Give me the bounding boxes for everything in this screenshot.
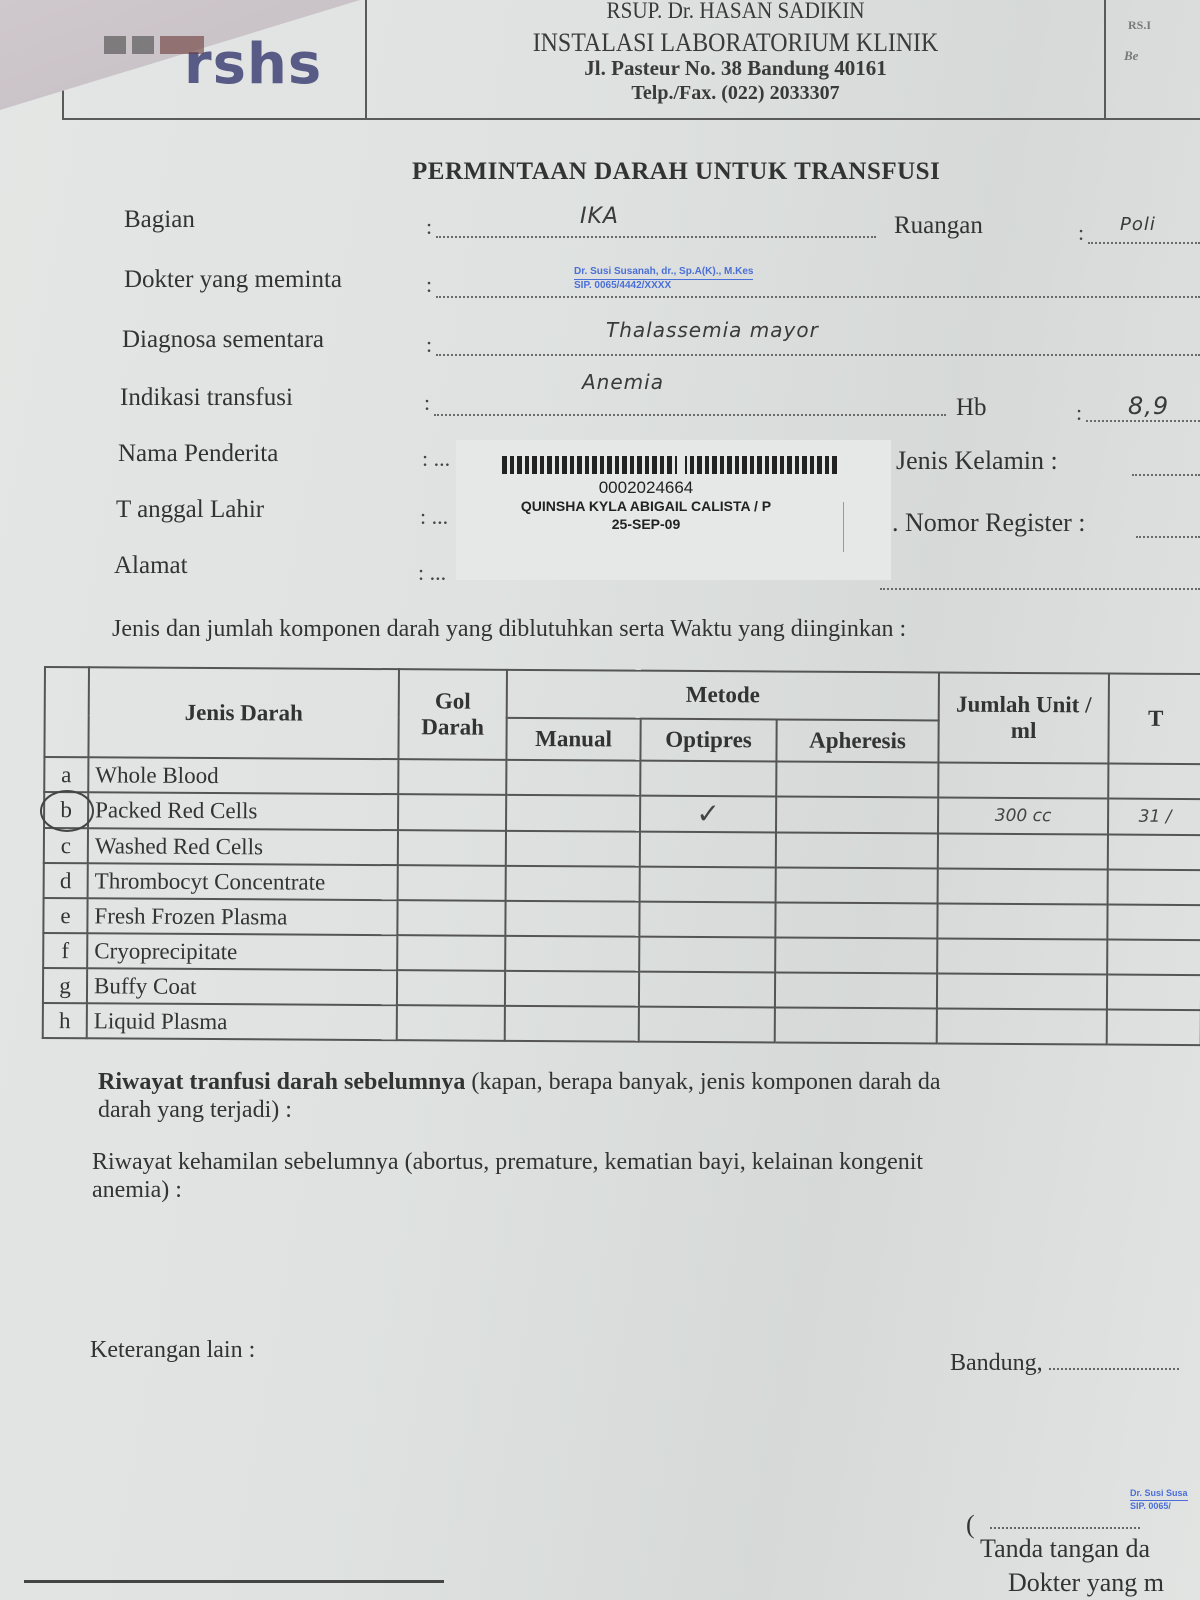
header-jenis-darah: Jenis Darah [88,667,399,759]
ruangan-field[interactable] [1088,242,1200,244]
row-apheresis-cell[interactable] [776,832,938,868]
header-letter [44,667,89,757]
bagian-colon: : [426,214,432,240]
row-manual-cell[interactable] [505,971,639,1007]
row-gol-darah-cell[interactable] [398,759,506,795]
row-optipres-cell[interactable]: ✓ [640,796,776,833]
row-apheresis-cell[interactable] [775,1007,937,1043]
row-gol-darah-cell[interactable] [397,970,505,1006]
bagian-value: IKA [580,204,619,229]
barcode-icon [502,456,838,474]
jenis-kelamin-field[interactable] [1132,474,1200,476]
row-letter: g [43,968,87,1003]
patient-label-sticker: 0002024664 QUINSHA KYLA ABIGAIL CALISTA … [456,440,891,580]
row-component-name: Liquid Plasma [87,1003,397,1040]
row-component-name: Washed Red Cells [88,828,398,865]
row-manual-cell[interactable] [506,831,640,867]
nama-label: Nama Penderita [118,440,278,468]
ruangan-value: Poli [1120,214,1156,235]
row-optipres-cell[interactable] [639,902,775,938]
form-code: RS.I [1128,18,1151,33]
header-metode: Metode [507,670,939,721]
row-apheresis-cell[interactable] [776,761,938,797]
row-component-name: Thrombocyt Concentrate [88,863,398,900]
logo-mark-icon [104,36,204,54]
row-apheresis-cell[interactable] [776,867,938,903]
ruangan-label: Ruangan [894,212,983,240]
row-jumlah-cell[interactable] [937,903,1107,939]
row-optipres-cell[interactable] [639,937,775,973]
header-manual: Manual [506,718,640,761]
nama-colon: : ... [422,446,450,472]
alamat-label: Alamat [114,552,188,580]
signature-place: Bandung, [950,1350,1179,1377]
section-intro: Jenis dan jumlah komponen darah yang dib… [112,616,906,643]
signature-label: Tanda tangan da [980,1534,1150,1564]
bagian-field[interactable] [436,236,876,238]
row-component-name: Whole Blood [88,757,398,794]
row-gol-darah-cell[interactable] [397,935,505,971]
alamat-colon: : ... [418,560,446,586]
row-gol-darah-cell[interactable] [397,900,505,936]
header-jumlah: Jumlah Unit / ml [938,672,1109,763]
header-t: T [1108,674,1200,765]
hb-value: 8,9 [1128,392,1169,420]
row-gol-darah-cell[interactable] [398,830,506,866]
form-code-cell: RS.I Be [1104,0,1200,118]
row-optipres-cell[interactable] [639,1007,775,1043]
row-letter: a [44,757,88,792]
row-component-name: Cryoprecipitate [87,933,397,970]
diagnosa-label: Diagnosa sementara [122,326,324,354]
diagnosa-field[interactable] [436,354,1200,356]
row-t-cell[interactable] [1108,870,1200,906]
row-jumlah-cell[interactable] [938,762,1108,798]
barcode-number: 0002024664 [456,478,836,498]
row-manual-cell[interactable] [506,866,640,902]
row-letter: c [44,828,88,863]
row-t-cell[interactable] [1107,1009,1200,1045]
indikasi-value: Anemia [582,370,664,394]
row-manual-cell[interactable] [505,936,639,972]
dokter-field[interactable] [436,296,1200,298]
row-gol-darah-cell[interactable] [398,794,506,831]
bagian-label: Bagian [124,206,195,234]
header-gol-darah: Gol Darah [398,669,507,760]
row-component-name: Buffy Coat [87,968,397,1005]
row-component-name: Packed Red Cells [88,792,398,830]
row-jumlah-cell[interactable] [937,1008,1107,1044]
tanggal-lahir-label: T anggal Lahir [116,496,264,524]
signature-date-field[interactable] [1049,1368,1179,1370]
row-letter: f [43,933,87,968]
hospital-phone: Telp./Fax. (022) 2033307 [367,82,1104,105]
row-t-cell[interactable] [1107,975,1200,1011]
row-optipres-cell[interactable] [640,761,776,797]
row-t-cell[interactable]: 31 / [1108,799,1200,836]
header-optipres: Optipres [640,719,776,762]
blood-component-table: Jenis Darah Gol Darah Metode Jumlah Unit… [42,666,1200,1046]
row-letter: h [43,1003,87,1038]
row-apheresis-cell[interactable] [775,902,937,938]
signature-open-paren: ( [966,1510,975,1540]
row-manual-cell[interactable] [506,795,640,832]
form-title: PERMINTAAN DARAH UNTUK TRANSFUSI [412,158,940,186]
row-t-cell[interactable] [1108,835,1200,871]
indikasi-field[interactable] [434,414,946,416]
row-letter: d [44,863,88,898]
alamat-field[interactable] [880,588,1200,590]
doctor-stamp: Dr. Susi Susanah, dr., Sp.A(K)., M.Kes S… [574,266,753,292]
riwayat-kehamilan: Riwayat kehamilan sebelumnya (abortus, p… [92,1148,923,1204]
selection-circle [40,790,94,832]
label-divider [843,502,844,552]
ruangan-colon: : [1078,220,1084,246]
row-apheresis-cell[interactable] [775,972,937,1008]
row-t-cell[interactable] [1107,940,1200,976]
indikasi-label: Indikasi transfusi [120,384,293,412]
row-gol-darah-cell[interactable] [397,1005,505,1041]
hb-field[interactable] [1086,420,1200,422]
row-apheresis-cell[interactable] [776,796,938,833]
hospital-name: RSUP. Dr. HASAN SADIKIN [396,0,1074,24]
patient-dob: 25-SEP-09 [456,516,836,532]
row-jumlah-cell[interactable]: 300 cc [938,797,1108,834]
dokter-label: Dokter yang meminta [124,266,342,294]
signature-doctor-label: Dokter yang m [1008,1568,1164,1598]
signature-stamp: Dr. Susi Susa SIP. 0065/ [1130,1488,1188,1512]
riwayat-transfusi: Riwayat tranfusi darah sebelumnya (kapan… [98,1068,941,1124]
row-manual-cell[interactable] [506,760,640,796]
row-t-cell[interactable] [1107,905,1200,941]
row-jumlah-cell[interactable] [937,973,1107,1009]
unit-name: INSTALASI LABORATORIUM KLINIK [396,28,1074,58]
dokter-colon: : [426,272,432,298]
nomor-register-label: . Nomor Register : [892,508,1086,538]
hb-label: Hb [956,394,987,422]
row-optipres-cell[interactable] [640,867,776,903]
row-jumlah-cell[interactable] [937,938,1107,974]
row-t-cell[interactable] [1108,764,1200,800]
row-letter: e [43,898,87,933]
header-apheresis: Apheresis [776,719,938,762]
patient-name: QUINSHA KYLA ABIGAIL CALISTA / P [456,498,836,514]
hb-colon: : [1076,400,1082,426]
form-code-sub: Be [1124,48,1138,64]
row-jumlah-cell[interactable] [938,868,1108,904]
signature-field[interactable] [990,1527,1140,1529]
keterangan-lain: Keterangan lain : [90,1336,255,1364]
row-component-name: Fresh Frozen Plasma [87,898,397,935]
diagnosa-colon: : [426,332,432,358]
diagnosa-value: Thalassemia mayor [606,318,819,342]
row-apheresis-cell[interactable] [775,937,937,973]
table-row: hLiquid Plasma [43,1003,1200,1045]
row-gol-darah-cell[interactable] [398,865,506,901]
row-manual-cell[interactable] [505,901,639,937]
letterhead-title: RSUP. Dr. HASAN SADIKIN INSTALASI LABORA… [367,0,1104,118]
row-optipres-cell[interactable] [640,832,776,868]
row-jumlah-cell[interactable] [938,833,1108,869]
row-optipres-cell[interactable] [639,972,775,1008]
bottom-rule [24,1580,444,1583]
row-manual-cell[interactable] [505,1006,639,1042]
nomor-register-field[interactable] [1136,536,1200,538]
hospital-address: Jl. Pasteur No. 38 Bandung 40161 [367,56,1104,81]
jenis-kelamin-label: ... Jenis Kelamin : [880,446,1058,476]
tanggal-lahir-colon: : ... [420,504,448,530]
indikasi-colon: : [424,390,430,416]
